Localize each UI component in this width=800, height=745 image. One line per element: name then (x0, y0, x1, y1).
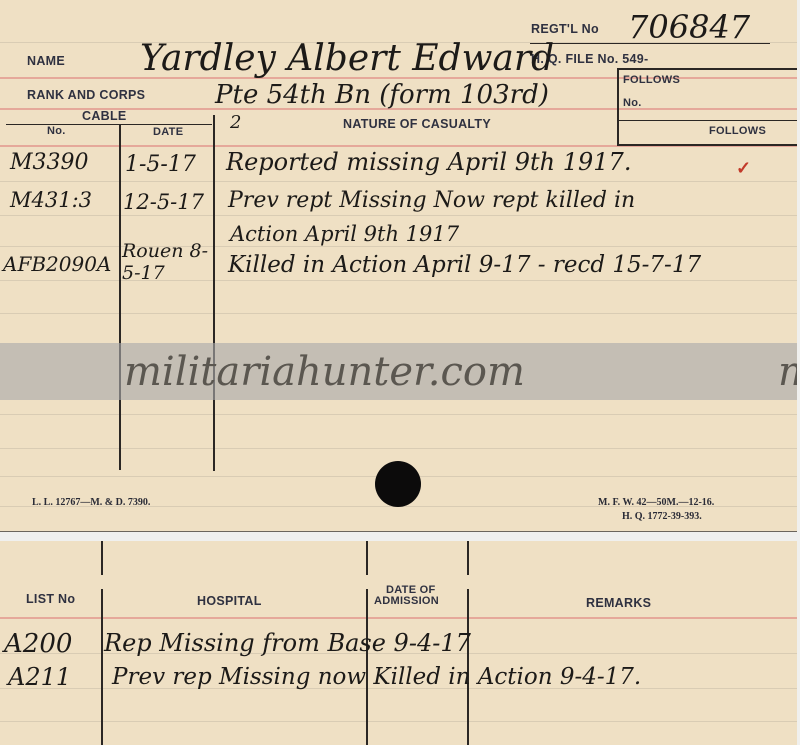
column-divider (101, 541, 103, 575)
column-divider (101, 589, 103, 745)
casualty-card-front: NAME RANK AND CORPS REGT'L No H. Q. FILE… (0, 0, 797, 532)
nature-cell: Reported missing April 9th 1917. (226, 148, 631, 176)
follows-no-label: No. (623, 97, 642, 109)
list-no-cell: A211 (8, 663, 71, 691)
regtl-no-label: REGT'L No (531, 22, 599, 36)
red-rule-line (0, 617, 797, 619)
watermark-text-partial: m (778, 349, 797, 395)
casualty-card-back: LIST No HOSPITAL DATE OF ADMISSION REMAR… (0, 541, 797, 745)
cable-no-cell: M3390 (10, 150, 89, 175)
column-divider (467, 541, 469, 575)
cable-label: CABLE (82, 109, 127, 123)
cable-date-cell: 1-5-17 (125, 152, 196, 177)
column-divider (119, 125, 121, 470)
print-code-right-2: H. Q. 1772-39-393. (622, 511, 702, 522)
rank-corps-label: RANK AND CORPS (27, 88, 145, 102)
list-no-cell: A200 (4, 629, 72, 659)
list-no-header: LIST No (26, 592, 75, 606)
margin-mark: 2 (230, 112, 241, 133)
cable-underline (6, 124, 212, 125)
follows-box: FOLLOWS No. FOLLOWS (617, 68, 797, 146)
cable-date-label: DATE (153, 126, 183, 138)
hospital-remark-cell: Prev rep Missing now Killed in Action 9-… (112, 664, 641, 690)
watermark-text: militariahunter.com (124, 349, 525, 395)
cable-no-cell: AFB2090A (3, 252, 111, 276)
cable-date-cell: Rouen 8-5-17 (122, 240, 212, 284)
column-divider (213, 115, 215, 471)
print-code-left: L. L. 12767—M. & D. 7390. (32, 497, 150, 508)
punch-hole (375, 461, 421, 507)
regtl-no-value: 706847 (628, 8, 750, 46)
remarks-header: REMARKS (586, 596, 651, 610)
nature-of-casualty-label: NATURE OF CASUALTY (343, 117, 491, 131)
nature-cell: Killed in Action April 9-17 - recd 15-7-… (228, 252, 701, 278)
nature-cell: Action April 9th 1917 (230, 222, 459, 246)
print-code-right-1: M. F. W. 42—50M.—12-16. (598, 497, 714, 508)
hospital-remark-cell: Rep Missing from Base 9-4-17 (104, 629, 471, 657)
hospital-header: HOSPITAL (197, 594, 262, 608)
name-label: NAME (27, 54, 65, 68)
column-divider (366, 541, 368, 575)
follows-divider (619, 120, 797, 121)
date-of-admission-header-2: ADMISSION (374, 595, 439, 607)
rule-line (0, 721, 797, 722)
cable-date-cell: 12-5-17 (123, 190, 204, 214)
soldier-name: Yardley Albert Edward (140, 38, 554, 79)
rank-corps-value: Pte 54th Bn (form 103rd) (215, 80, 549, 110)
red-tick-icon: ✓ (736, 158, 751, 179)
nature-cell: Prev rept Missing Now rept killed in (228, 188, 635, 213)
cable-no-cell: M431:3 (10, 188, 92, 212)
cable-no-label: No. (47, 125, 66, 137)
follows-bottom-label: FOLLOWS (709, 125, 766, 137)
follows-label: FOLLOWS (623, 74, 680, 86)
